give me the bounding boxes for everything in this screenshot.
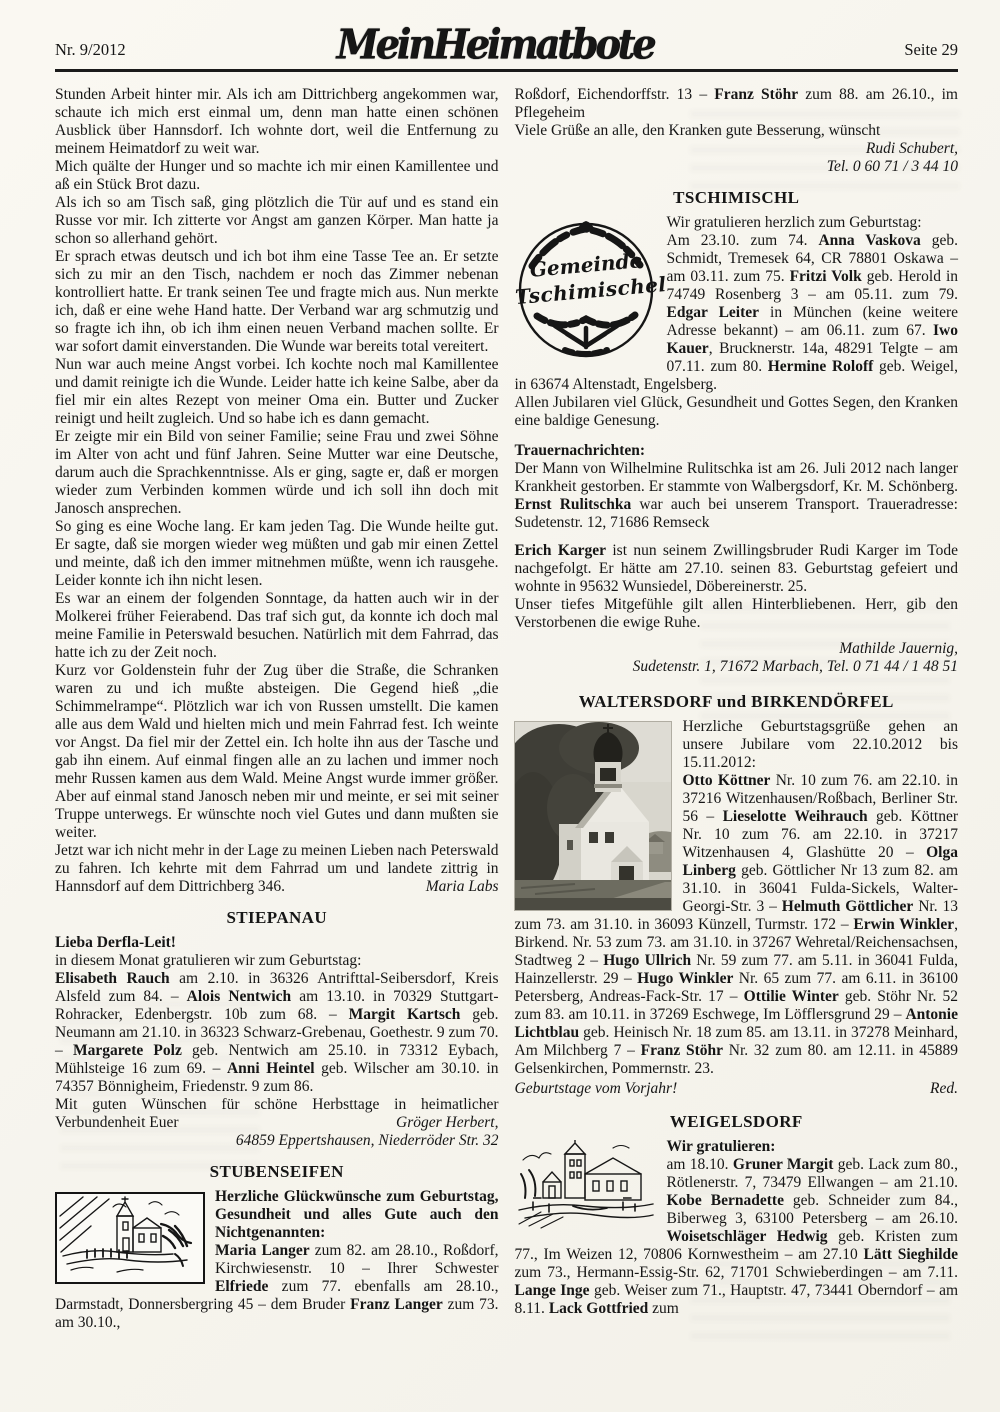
vorjahr-row: Geburtstage vom Vorjahr! Red. [515,1080,959,1098]
obituary-heading: Trauernachrichten: [515,442,959,460]
waltersdorf-chapel-photo [515,722,671,910]
section-waltersdorf: WALTERSDORF und BIRKENDÖRFEL [515,692,959,1098]
story-paragraph: Stunden Arbeit hinter mir. Als ich am Di… [55,86,499,158]
newspaper-page: Nr. 9/2012 MeinHeimatbote Seite 29 Stund… [0,0,1000,1412]
signature-address: Sudetenstr. 1, 71672 Marbach, Tel. 0 71 … [515,658,959,676]
story-paragraph: Jetzt war ich nicht mehr in der Lage zu … [55,842,499,896]
carryover-text: Roßdorf, Eichendorffstr. 13 – Franz Stöh… [515,86,959,122]
vorjahr-note: Geburtstage vom Vorjahr! [515,1080,678,1098]
section-outro: Allen Jubilaren viel Glück, Gesundheit u… [515,394,959,430]
section-tschimischl: TSCHIMISCHL [515,188,959,430]
story-paragraph: Mich quälte der Hunger und so machte ich… [55,158,499,194]
section-heading: STIEPANAU [55,908,499,928]
signature-name: Mathilde Jauernig, [515,640,959,658]
weigelsdorf-church-sketch [515,1140,657,1232]
closing-line: Mit guten Wünschen für schöne Herbsttage… [55,1096,499,1132]
page-number: Seite 29 [904,40,958,66]
story-paragraph: Nun war auch meine Angst vorbei. Ich koc… [55,356,499,428]
section-stubenseifen: STUBENSEIFEN [55,1162,499,1332]
greeting-line: Viele Grüße an alle, den Kranken gute Be… [515,122,959,140]
story-paragraph: Kurz vor Goldenstein fuhr der Zug über d… [55,662,499,842]
left-column: Stunden Arbeit hinter mir. Als ich am Di… [55,86,499,1332]
section-heading: WEIGELSDORF [515,1112,959,1132]
obituary-paragraph: Erich Karger ist nun seinem Zwillingsbru… [515,542,959,596]
story-paragraph: Als ich so am Tisch saß, ging plötzlich … [55,194,499,248]
editor-abbreviation: Red. [930,1080,958,1098]
obituary-paragraph: Der Mann von Wilhelmine Rulitschka ist a… [515,460,959,532]
signature-address: 64859 Eppertshausen, Niederröder Str. 32 [55,1132,499,1150]
signature-name: Gröger Herbert, [386,1114,498,1132]
section-trauernachrichten: Trauernachrichten: Der Mann von Wilhelmi… [515,442,959,676]
section-stiepanau: STIEPANAU Lieba Derfla-Leit! in diesem M… [55,908,499,1150]
stubenseifen-church-sketch [55,1192,205,1284]
section-intro: in diesem Monat gratulieren wir zum Gebu… [55,952,499,970]
story-paragraph: So ging es eine Woche lang. Er kam jeden… [55,518,499,590]
story-paragraph: Es war an einem der folgenden Sonntage, … [55,590,499,662]
salutation: Lieba Derfla-Leit! [55,934,499,952]
section-heading: WALTERSDORF und BIRKENDÖRFEL [515,692,959,712]
section-heading: TSCHIMISCHL [515,188,959,208]
signature-name: Rudi Schubert, [515,140,959,158]
signature-phone: Tel. 0 60 71 / 3 44 10 [515,158,959,176]
obituary-paragraph: Unser tiefes Mitgefühle gilt allen Hinte… [515,596,959,632]
birthday-list: Elisabeth Rauch am 2.10. in 36326 Antrif… [55,970,499,1096]
gemeinde-tschimischel-seal: Gemeinde Tschimischel [515,216,657,364]
story-paragraph: Er sprach etwas deutsch und ich bot ihm … [55,248,499,356]
section-heading: STUBENSEIFEN [55,1162,499,1182]
masthead-title: MeinHeimatbote [337,23,694,66]
section-weigelsdorf: WEIGELSDORF [515,1112,959,1318]
right-column: Roßdorf, Eichendorffstr. 13 – Franz Stöh… [515,86,959,1332]
page-header: Nr. 9/2012 MeinHeimatbote Seite 29 [55,0,958,72]
story-author-signature: Maria Labs [416,878,499,896]
issue-number: Nr. 9/2012 [55,40,126,66]
story-paragraph: Er zeigte mir ein Bild von seiner Famili… [55,428,499,518]
